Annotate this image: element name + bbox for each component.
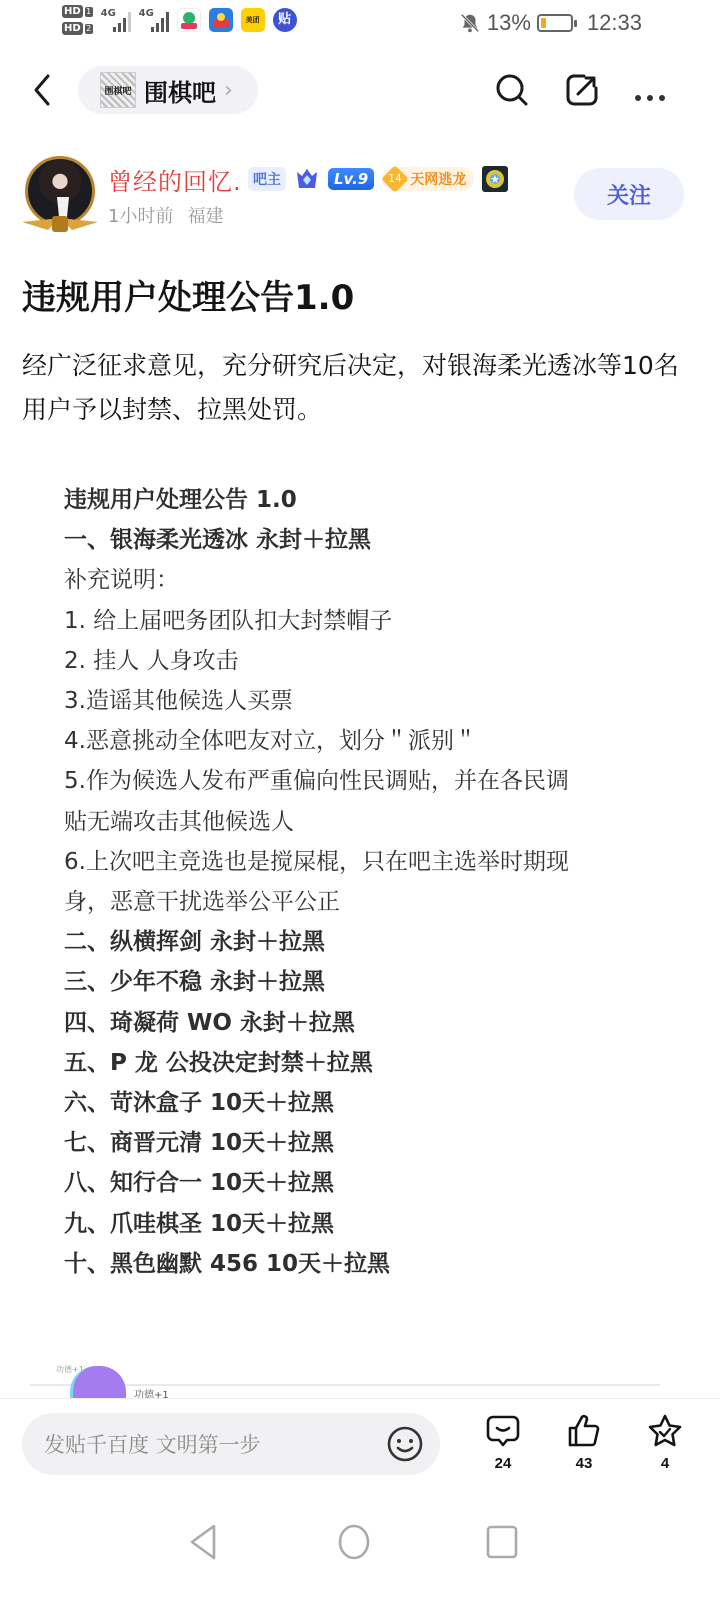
gold-wings-frame-icon [20, 210, 100, 236]
post-location: 福建 [187, 206, 223, 227]
post-time: 1小时前 [108, 206, 173, 227]
sim1-hd-indicator: HD1 [62, 5, 93, 18]
signal-icon-sim1: 4G [101, 8, 131, 32]
emoji-icon [386, 1425, 424, 1463]
reply-placeholder: 发贴千百度 文明第一步 [44, 1429, 261, 1459]
image-text-line: 6.上次吧主竞选也是搅屎棍，只在吧主选举时期现 [64, 842, 569, 882]
back-arrow-icon [28, 70, 56, 110]
image-text-line: 贴无端攻击其他候选人 [64, 802, 569, 842]
meituan-app-icon: 美团 [241, 8, 265, 32]
search-icon [492, 70, 532, 110]
image-text-line: 补充说明： [64, 560, 569, 600]
more-dots-icon [630, 70, 670, 110]
chevron-right-icon: › [224, 78, 233, 103]
system-back-button[interactable] [184, 1522, 224, 1562]
title-badge: 14 天网逃龙 [382, 167, 474, 191]
post-image[interactable]: 违规用户处理公告 1.0一、银海柔光透冰 永封＋拉黑补充说明：1. 给上届吧务团… [20, 474, 700, 1334]
system-recents-button[interactable] [482, 1522, 522, 1562]
sim2-hd-indicator: HD2 [62, 22, 93, 35]
forum-link[interactable]: 围棋吧 围棋吧 › [78, 66, 258, 114]
thumbs-up-icon [566, 1413, 602, 1449]
image-text-line: 违规用户处理公告 1.0 [64, 480, 569, 520]
battery-percent: 13% [487, 10, 531, 36]
image-text-line: 一、银海柔光透冰 永封＋拉黑 [64, 520, 569, 560]
back-button[interactable] [28, 70, 56, 110]
image-text-line: 七、商晋元清 10天＋拉黑 [64, 1123, 569, 1163]
china-mobile-app-icon [177, 8, 201, 32]
author-avatar[interactable] [20, 156, 100, 236]
reply-input[interactable]: 发贴千百度 文明第一步 [22, 1413, 440, 1475]
image-text-line: 3.造谣其他候选人买票 [64, 681, 569, 721]
author-row: 曾经的回忆. 吧主 Lv.9 14 天网逃龙 1小时前福建 关注 [0, 154, 720, 238]
image-text-line: 三、少年不稳 永封＋拉黑 [64, 962, 569, 1002]
system-nav-bar [0, 1500, 720, 1600]
post-body: 经广泛征求意见，充分研究后决定，对银海柔光透冰等10名用户予以封禁、拉黑处罚。 [22, 344, 692, 432]
battery-icon [537, 14, 573, 32]
more-button[interactable] [630, 70, 670, 110]
square-recents-icon [482, 1522, 522, 1562]
emoji-button[interactable] [386, 1425, 424, 1463]
share-icon [562, 70, 602, 110]
like-count: 43 [559, 1455, 609, 1472]
search-button[interactable] [492, 70, 532, 110]
image-text-line: 5.作为候选人发布严重偏向性民调贴，并在各民调 [64, 761, 569, 801]
image-text-line: 2. 挂人 人身攻击 [64, 641, 569, 681]
post-title: 违规用户处理公告1.0 [22, 270, 354, 319]
image-text-line: 二、纵横挥剑 永封＋拉黑 [64, 922, 569, 962]
favorite-button[interactable]: 4 [640, 1413, 690, 1472]
image-text-line: 1. 给上届吧务团队扣大封禁帽子 [64, 601, 569, 641]
image-text-line: 4.恶意挑动全体吧友对立，划分＂派别＂ [64, 721, 569, 761]
system-home-button[interactable] [334, 1522, 374, 1562]
bottom-action-bar: 发贴千百度 文明第一步 24 43 4 [0, 1398, 720, 1484]
merit-strip: 功德+1 功德+1 [0, 1360, 720, 1400]
image-text-content: 违规用户处理公告 1.0一、银海柔光透冰 永封＋拉黑补充说明：1. 给上届吧务团… [64, 480, 569, 1284]
image-text-line: 八、知行合一 10天＋拉黑 [64, 1163, 569, 1203]
medal-badge-icon [482, 166, 508, 192]
triangle-back-icon [184, 1522, 224, 1562]
top-nav: 围棋吧 围棋吧 › [0, 62, 720, 118]
author-name[interactable]: 曾经的回忆. [108, 162, 242, 197]
level-badge: Lv.9 [328, 168, 374, 190]
signal-icon-sim2: 4G [139, 8, 169, 32]
share-button[interactable] [562, 70, 602, 110]
forum-name: 围棋吧 [144, 73, 216, 108]
image-text-line: 六、苛沐盒子 10天＋拉黑 [64, 1083, 569, 1123]
post-meta: 1小时前福建 [108, 202, 223, 228]
image-text-line: 四、琦凝荷 WO 永封＋拉黑 [64, 1003, 569, 1043]
star-icon [647, 1413, 683, 1449]
status-bar: HD1 HD2 4G 4G 美团 贴 13% 12:33 [0, 0, 720, 48]
circle-home-icon [334, 1522, 374, 1562]
follow-button[interactable]: 关注 [574, 168, 684, 220]
forum-owner-badge: 吧主 [248, 167, 286, 191]
mute-bell-icon [459, 12, 481, 34]
image-text-line: 身，恶意干扰选举公平公正 [64, 882, 569, 922]
comment-button[interactable]: 24 [478, 1413, 528, 1472]
favorite-count: 4 [640, 1455, 690, 1472]
comment-icon [485, 1413, 521, 1449]
clock: 12:33 [587, 10, 642, 36]
auto-app-icon [209, 8, 233, 32]
image-text-line: 十、黑色幽默 456 10天＋拉黑 [64, 1244, 569, 1284]
image-text-line: 五、P 龙 公投决定封禁＋拉黑 [64, 1043, 569, 1083]
comment-count: 24 [478, 1455, 528, 1472]
image-text-line: 九、爪哇棋圣 10天＋拉黑 [64, 1204, 569, 1244]
crown-gem-badge-icon [294, 166, 320, 192]
tieba-app-icon: 贴 [273, 8, 297, 32]
like-button[interactable]: 43 [559, 1413, 609, 1472]
forum-avatar: 围棋吧 [100, 72, 136, 108]
